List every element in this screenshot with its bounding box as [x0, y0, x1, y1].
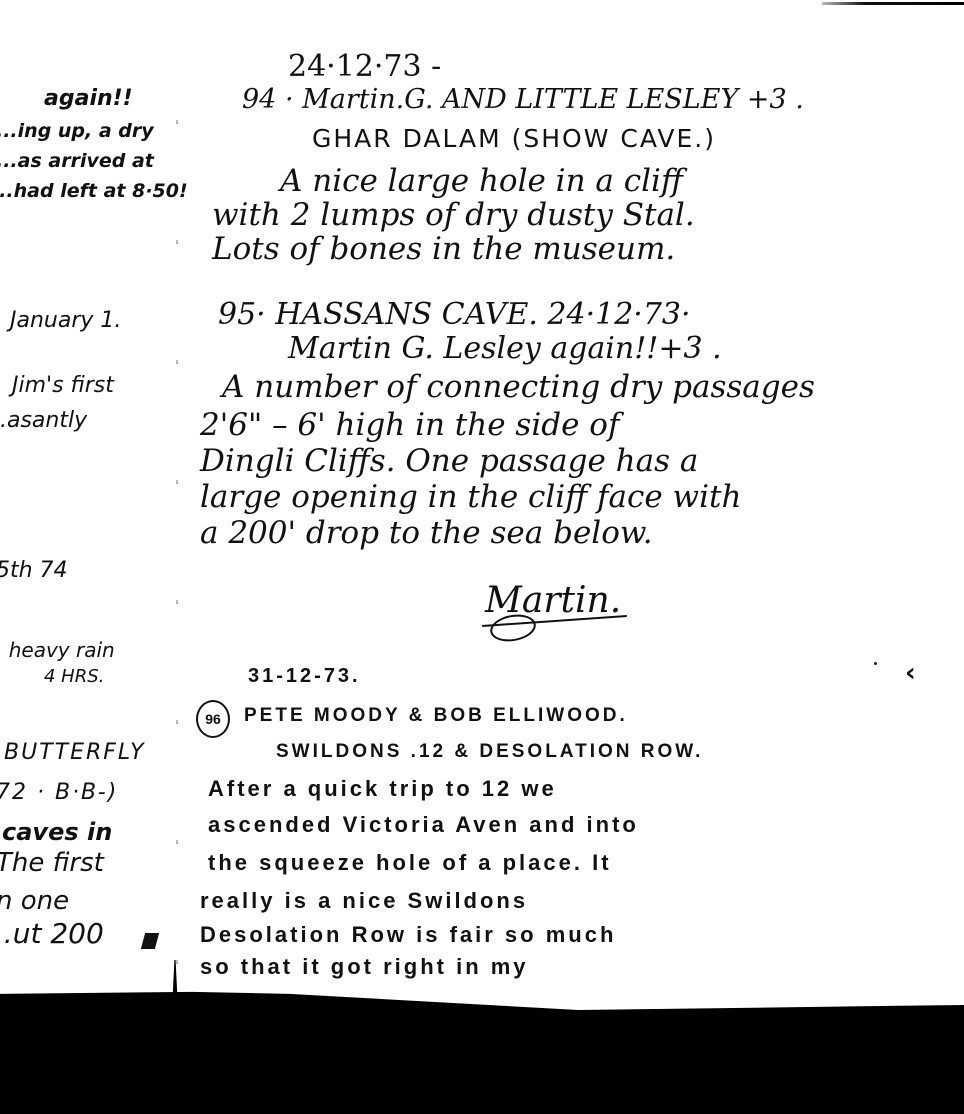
left-fragment: 4 HRS. [44, 668, 104, 686]
entry-line: SWILDONS .12 & DESOLATION ROW. [276, 742, 703, 761]
margin-mark: ‹ [905, 658, 916, 688]
entry-date: 24·12·73 - [288, 52, 441, 82]
entry-line: large opening in the cliff face with [200, 482, 741, 513]
left-fragment: ...ing up, a dry [0, 122, 154, 141]
left-fragment: 5th 74 [0, 560, 68, 582]
entry-line: PETE MOODY & BOB ELLIWOOD. [244, 706, 628, 725]
signature: Martin. [485, 580, 621, 621]
entry-line: so that it got right in my [200, 956, 529, 978]
left-fragment: ...had left at 8·50! [0, 182, 188, 201]
ink-speck [874, 662, 877, 665]
left-fragment: , heavy rain [0, 640, 115, 660]
left-fragment: January 1. [10, 310, 121, 332]
left-fragment: 72 · B·B-) [0, 782, 118, 804]
left-fragment: Jim's first [12, 375, 114, 397]
entry-line: After a quick trip to 12 we [208, 778, 557, 800]
entry-line: 2'6" – 6' high in the side of [200, 410, 619, 441]
entry-line: 94 · Martin.G. AND LITTLE LESLEY +3 . [242, 86, 804, 113]
left-fragment: again!! [44, 88, 133, 110]
entry-line: Dingli Cliffs. One passage has a [200, 446, 698, 477]
left-fragment: n one [0, 888, 69, 914]
entry-line: 95· HASSANS CAVE. 24·12·73· [218, 300, 691, 330]
entry-line: with 2 lumps of dry dusty Stal. [212, 200, 695, 231]
entry-line: ascended Victoria Aven and into [208, 814, 639, 836]
left-fragment: ...ut 200 [0, 920, 104, 948]
entry-line: a 200' drop to the sea below. [200, 518, 653, 549]
entry-line: GHAR DALAM (SHOW CAVE.) [312, 126, 716, 151]
left-fragment: The first [0, 850, 104, 876]
left-fragment: ...as arrived at [0, 152, 154, 171]
entry-line: A number of connecting dry passages [222, 372, 815, 403]
logbook-page: again!! ...ing up, a dry ...as arrived a… [0, 0, 964, 1010]
entry-line: Martin G. Lesley again!!+3 . [288, 334, 722, 364]
entry-line: Lots of bones in the museum. [212, 234, 675, 265]
left-fragment: ...asantly [0, 410, 87, 432]
page-edge-line [822, 2, 964, 5]
entry-line: really is a nice Swildons [200, 890, 528, 912]
entry-line: the squeeze hole of a place. It [208, 852, 612, 874]
entry-date: 31-12-73. [248, 666, 361, 686]
entry-line: A nice large hole in a cliff [280, 166, 683, 197]
entry-line: Desolation Row is fair so much [200, 924, 616, 946]
book-gutter [176, 60, 178, 1010]
left-fragment: BUTTERFLY [4, 742, 146, 764]
left-fragment: caves in [2, 820, 112, 844]
entry-number-circled: 96 [196, 700, 230, 738]
ink-scribble [141, 933, 159, 949]
